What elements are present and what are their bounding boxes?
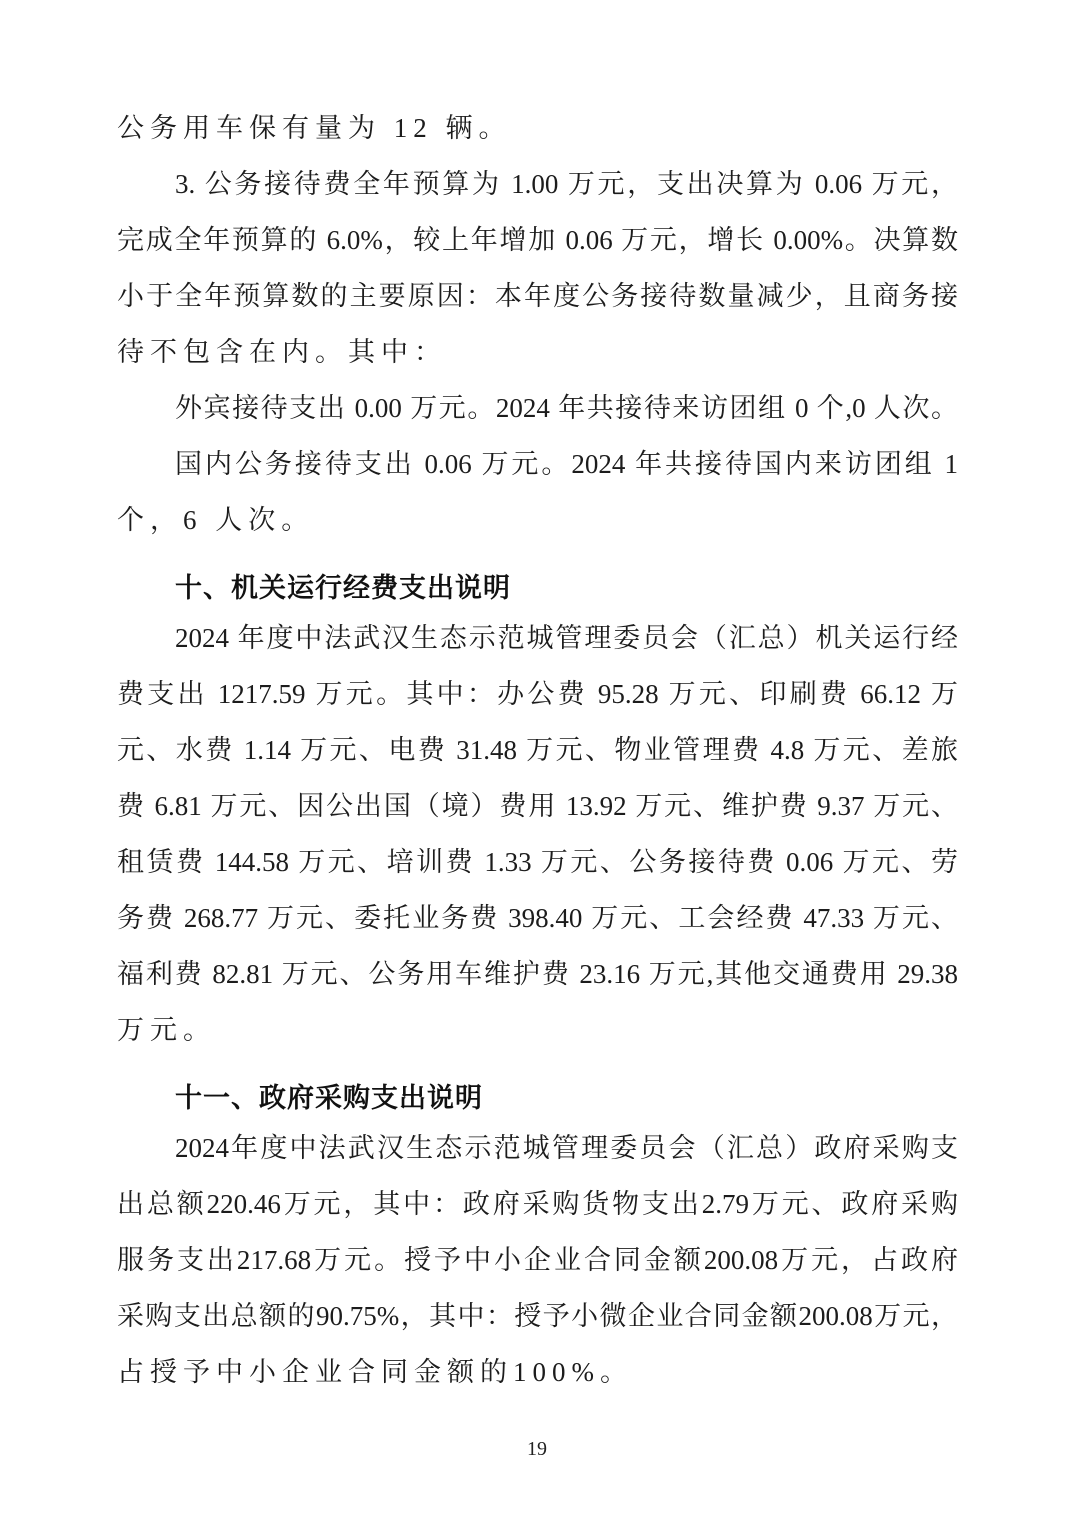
- document-page: 公务用车保有量为 12 辆。3. 公务接待费全年预算为 1.00 万元，支出决算…: [0, 0, 1074, 1520]
- text-line: 租赁费 144.58 万元、培训费 1.33 万元、公务接待费 0.06 万元、…: [117, 834, 958, 890]
- text-line: 元、水费 1.14 万元、电费 31.48 万元、物业管理费 4.8 万元、差旅: [117, 722, 958, 778]
- document-body: 公务用车保有量为 12 辆。3. 公务接待费全年预算为 1.00 万元，支出决算…: [117, 100, 958, 1400]
- text-line: 服务支出217.68万元。授予中小企业合同金额200.08万元，占政府: [117, 1232, 958, 1288]
- text-line: 采购支出总额的90.75%，其中：授予小微企业合同金额200.08万元，: [117, 1288, 958, 1344]
- text-line: 占授予中小企业合同金额的100%。: [117, 1344, 958, 1400]
- text-line: 小于全年预算数的主要原因：本年度公务接待数量减少，且商务接: [117, 268, 958, 324]
- section-heading: 十、机关运行经费支出说明: [117, 566, 958, 610]
- text-line: 待不包含在内。其中：: [117, 324, 958, 380]
- section-heading: 十一、政府采购支出说明: [117, 1076, 958, 1120]
- text-line: 福利费 82.81 万元、公务用车维护费 23.16 万元,其他交通费用 29.…: [117, 946, 958, 1002]
- text-line: 费 6.81 万元、因公出国（境）费用 13.92 万元、维护费 9.37 万元…: [117, 778, 958, 834]
- text-line: 费支出 1217.59 万元。其中：办公费 95.28 万元、印刷费 66.12…: [117, 666, 958, 722]
- text-line: 国内公务接待支出 0.06 万元。2024 年共接待国内来访团组 1: [117, 436, 958, 492]
- text-line: 完成全年预算的 6.0%，较上年增加 0.06 万元，增长 0.00%。决算数: [117, 212, 958, 268]
- page-number: 19: [0, 1438, 1074, 1461]
- text-line: 万元。: [117, 1002, 958, 1058]
- text-line: 2024年度中法武汉生态示范城管理委员会（汇总）政府采购支: [117, 1120, 958, 1176]
- text-line: 3. 公务接待费全年预算为 1.00 万元，支出决算为 0.06 万元，: [117, 156, 958, 212]
- text-line: 公务用车保有量为 12 辆。: [117, 100, 958, 156]
- text-line: 出总额220.46万元，其中：政府采购货物支出2.79万元、政府采购: [117, 1176, 958, 1232]
- text-line: 外宾接待支出 0.00 万元。2024 年共接待来访团组 0 个,0 人次。: [117, 380, 958, 436]
- text-line: 2024 年度中法武汉生态示范城管理委员会（汇总）机关运行经: [117, 610, 958, 666]
- text-line: 个，6 人次。: [117, 492, 958, 548]
- text-line: 务费 268.77 万元、委托业务费 398.40 万元、工会经费 47.33 …: [117, 890, 958, 946]
